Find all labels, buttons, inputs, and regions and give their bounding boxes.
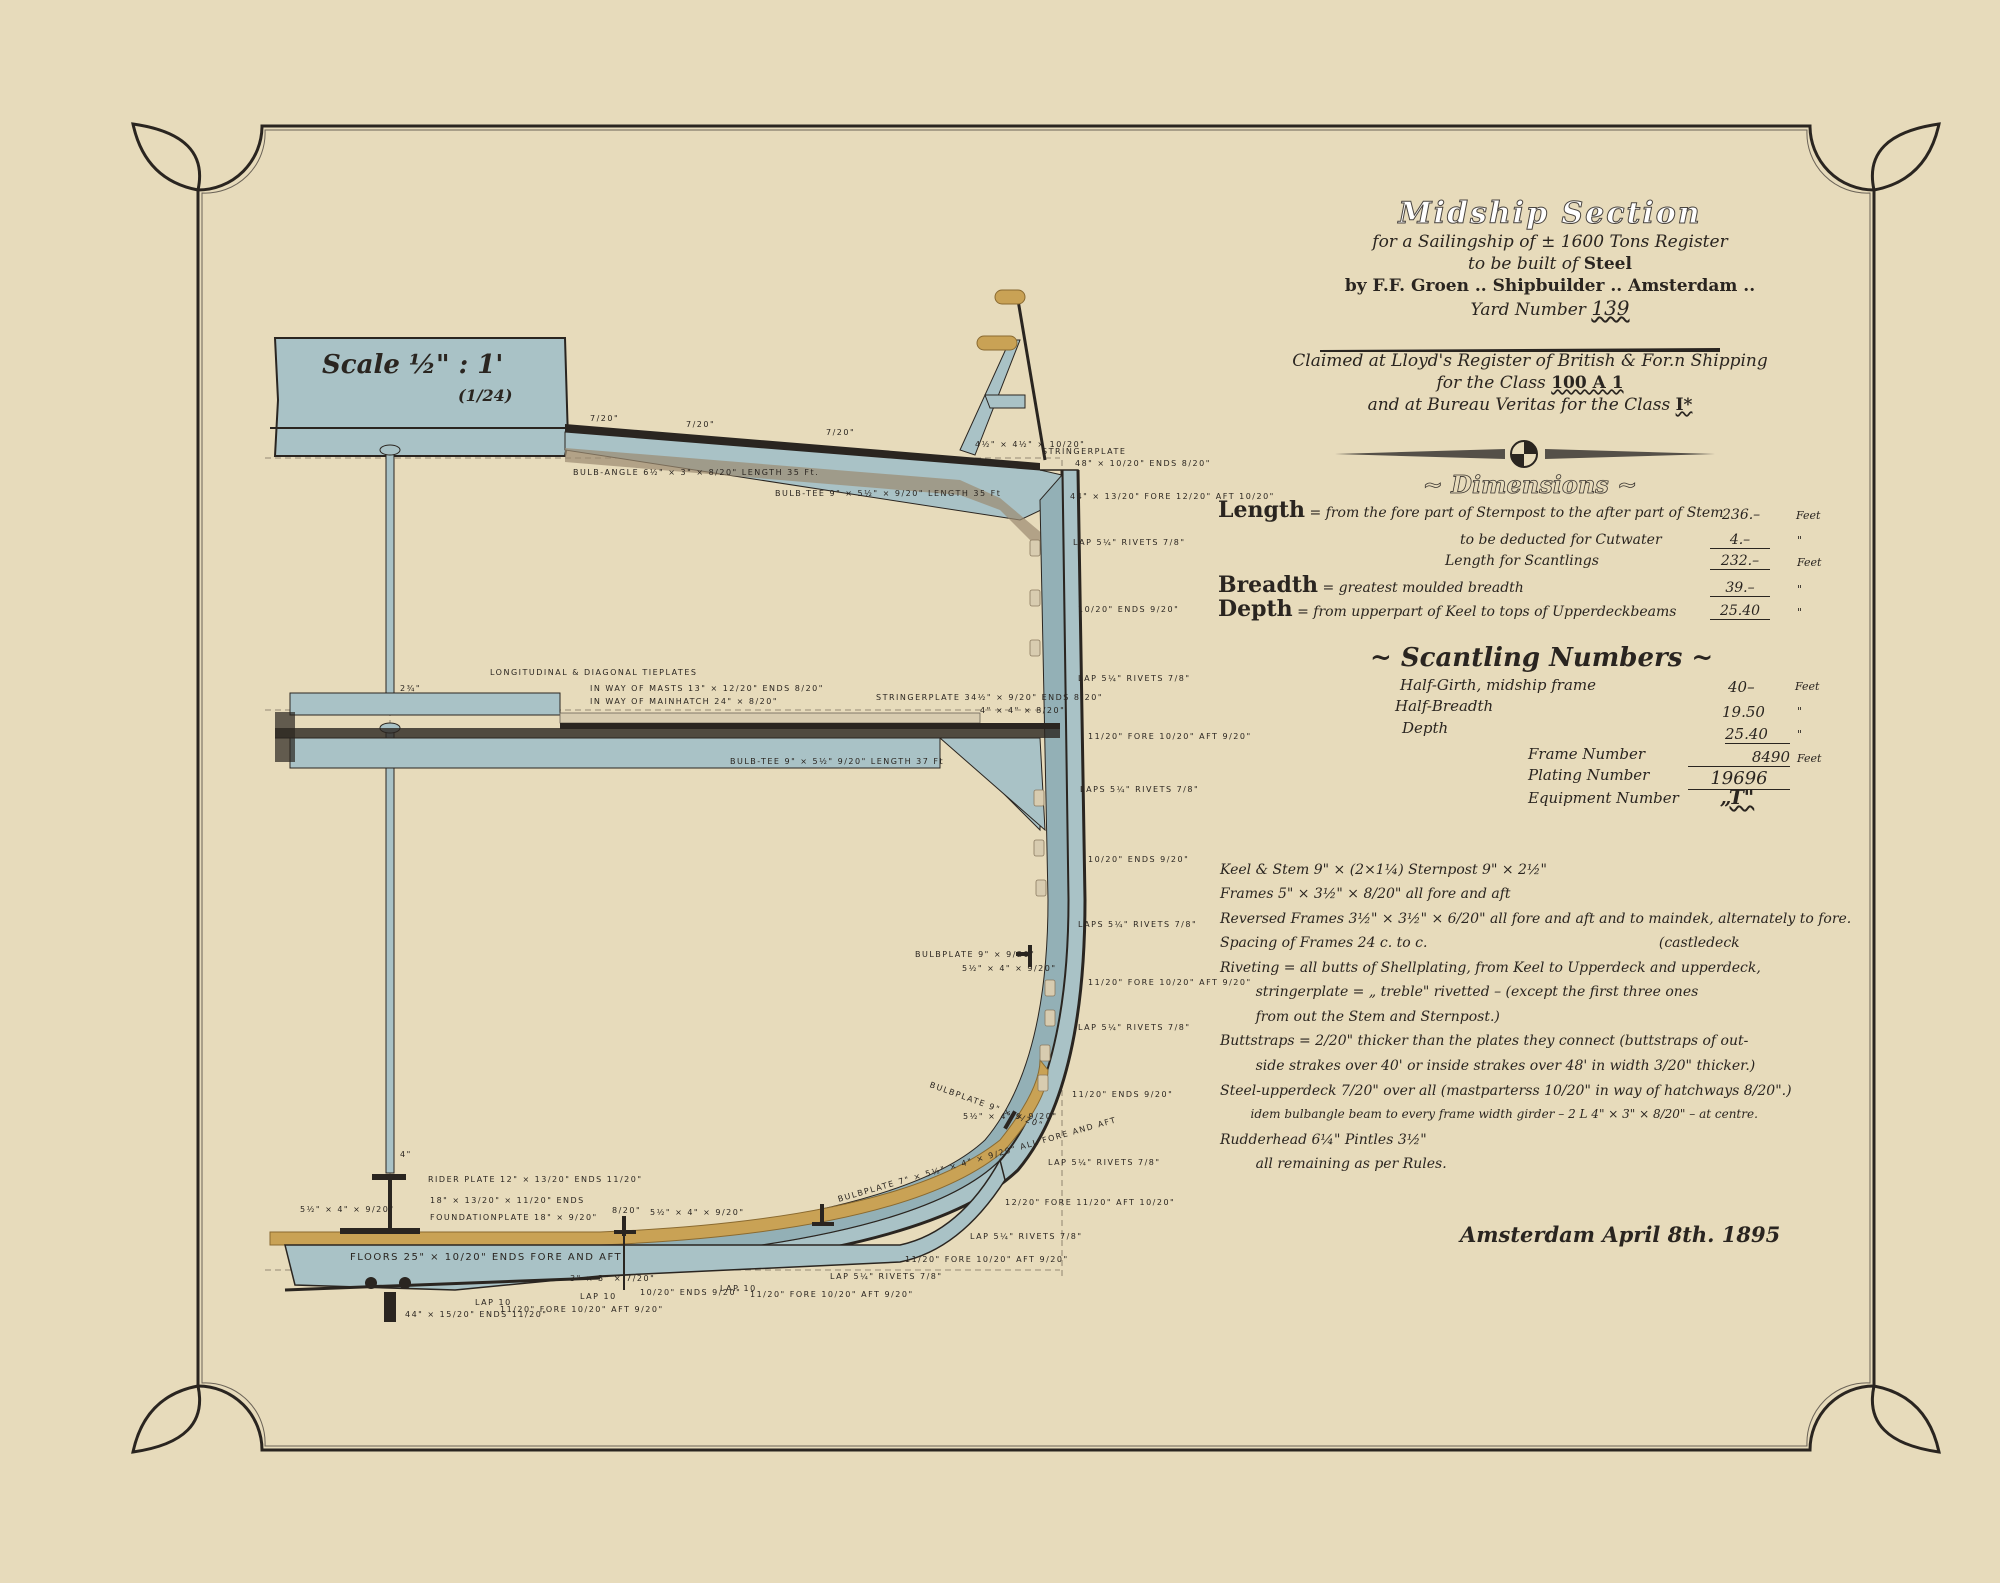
label-lap-5: LAP 5¼" RIVETS 7/8" xyxy=(1078,1023,1191,1032)
spec-line-buttstraps-2: side strakes over 40' or inside strakes … xyxy=(1220,1058,1755,1074)
label-tieplates-title: LONGITUDINAL & DIAGONAL TIEPLATES xyxy=(490,668,697,677)
dimensions-title: ~ Dimensions ~ xyxy=(1210,470,1850,499)
scantling-row-equipment-number: Equipment Number xyxy=(1528,789,1679,807)
spec-line-upperdeck-2: idem bulbangle beam to every frame width… xyxy=(1220,1107,1758,1121)
title-line-1: for a Sailingship of ± 1600 Tons Registe… xyxy=(1250,231,1850,253)
construction-lines xyxy=(265,440,1062,1290)
corner-leaf-top-left xyxy=(133,124,200,190)
lloyds-line: Claimed at Lloyd's Register of British &… xyxy=(1220,350,1840,372)
label-ends-1: 10/20" ENDS 9/20" xyxy=(1078,605,1179,614)
scale-ratio: (1/24) xyxy=(458,386,512,405)
label-foundation-plate: FOUNDATIONPLATE 18" × 9/20" xyxy=(430,1213,598,1222)
pillar-upper xyxy=(380,445,400,695)
scantling-row-half-girth: Half-Girth, midship frame xyxy=(1400,676,1596,694)
shell-plating xyxy=(600,470,1085,1276)
spec-line-spacing: Spacing of Frames 24 c. to c. (castledec… xyxy=(1220,935,1740,951)
dimension-value-breadth: 39.– xyxy=(1710,580,1770,597)
label-bulbplate-1: BULBPLATE 9" × 9/20" xyxy=(915,950,1035,959)
yard-number: 139 xyxy=(1591,296,1629,320)
spec-line-reversed-frames: Reversed Frames 3½" × 3½" × 6/20" all fo… xyxy=(1220,911,1851,927)
material: Steel xyxy=(1584,254,1632,274)
label-tieplate-masts: IN WAY OF MASTS 13" × 12/20" ENDS 8/20" xyxy=(590,684,824,693)
lloyds-class: 100 A 1 xyxy=(1551,373,1623,393)
spec-line-buttstraps: Buttstraps = 2/20" thicker than the plat… xyxy=(1220,1033,1748,1049)
top-rail xyxy=(977,336,1017,350)
label-lap-2: LAP 5¼" RIVETS 7/8" xyxy=(1078,674,1191,683)
spec-line-riveting: Riveting = all butts of Shellplating, fr… xyxy=(1220,960,1761,976)
spec-line-rudderhead: Rudderhead 6¼" Pintles 3½" xyxy=(1220,1132,1427,1148)
label-lap-1: LAP 5¼" RIVETS 7/8" xyxy=(1073,538,1186,547)
dimension-value-cutwater: 4.– xyxy=(1710,532,1770,549)
label-bulbplate-1-angle: 5½" × 4" × 9/20" xyxy=(962,964,1057,973)
label-deck-thickness-1: 7/20" xyxy=(590,414,619,423)
label-lap-10b: LAP 10 xyxy=(580,1292,617,1301)
dimension-row-length: Length = from the fore part of Sternpost… xyxy=(1218,497,1723,523)
keel xyxy=(384,1292,396,1322)
centre-keelson xyxy=(340,1174,420,1234)
label-ends-3: 11/20" ENDS 9/20" xyxy=(1072,1090,1173,1099)
corner-leaf-bottom-left xyxy=(133,1386,200,1452)
dimension-row-depth: Depth = from upperpart of Keel to tops o… xyxy=(1218,596,1676,622)
scantling-row-plating-number: Plating Number xyxy=(1528,766,1649,784)
label-bulb-tee-upper: BULB-TEE 9" × 5½" × 9/20" LENGTH 35 Ft xyxy=(775,489,1001,498)
label-rider-plate: RIDER PLATE 12" × 13/20" ENDS 11/20" xyxy=(428,1175,643,1184)
classification-block: Claimed at Lloyd's Register of British &… xyxy=(1220,350,1840,416)
label-stringerplate-main: STRINGERPLATE 34½" × 9/20" ENDS 8/20" xyxy=(876,693,1103,702)
spec-line-upperdeck: Steel-upperdeck 7/20" over all (mastpart… xyxy=(1220,1083,1792,1099)
label-lap-7: LAP 5¼" RIVETS 7/8" xyxy=(970,1232,1083,1241)
label-keelson-angles: 5½" × 4" × 9/20" xyxy=(300,1205,395,1214)
title-line-2: to be built of Steel xyxy=(1250,253,1850,275)
pillar-lower xyxy=(380,723,400,1173)
label-laps-3: LAPS 5¼" RIVETS 7/8" xyxy=(1080,785,1199,794)
label-bilge-fore: 11/20" FORE 10/20" AFT 9/20" xyxy=(905,1255,1069,1264)
label-pillar-lower: 4" xyxy=(400,1150,412,1159)
spec-line-rules: all remaining as per Rules. xyxy=(1220,1156,1447,1172)
dimension-row-scantling-length: Length for Scantlings xyxy=(1445,553,1599,569)
label-tieplate-hatch: IN WAY OF MAINHATCH 24" × 8/20" xyxy=(590,697,778,706)
label-stringerplate-upper-dims: 48" × 10/20" ENDS 8/20" xyxy=(1075,459,1211,468)
corner-leaf-top-right xyxy=(1872,124,1939,190)
scale-label: Scale ½" : 1' xyxy=(322,350,503,380)
corner-leaf-bottom-right xyxy=(1872,1386,1939,1452)
label-floor-angle: 3" × 3" × 7/20" xyxy=(570,1274,655,1283)
scantling-row-half-breadth: Half-Breadth xyxy=(1395,697,1493,715)
main-deck-bracket xyxy=(940,738,1045,830)
label-floors: FLOORS 25" × 10/20" ENDS FORE AND AFT xyxy=(350,1252,622,1263)
label-stringerplate-upper: STRINGERPLATE xyxy=(1042,447,1126,456)
scantling-numbers-title: ~ Scantling Numbers ~ xyxy=(1370,643,1713,673)
label-deck-thickness-3: 7/20" xyxy=(826,428,855,437)
dimension-value-scantling-length: 232.– xyxy=(1710,553,1770,570)
label-keelson-plate: 18" × 13/20" × 11/20" ENDS xyxy=(430,1196,585,1205)
label-strake-main: 11/20" FORE 10/20" AFT 9/20" xyxy=(1088,732,1252,741)
label-laps-4: LAPS 5¼" RIVETS 7/8" xyxy=(1078,920,1197,929)
scantling-row-frame-number: Frame Number xyxy=(1528,745,1645,763)
veritas-line: and at Bureau Veritas for the Class I* xyxy=(1220,394,1840,416)
dimension-row-breadth: Breadth = greatest moulded breadth xyxy=(1218,572,1524,598)
lloyds-class-line: for the Class 100 A 1 xyxy=(1220,372,1840,394)
label-lap-6: LAP 5¼" RIVETS 7/8" xyxy=(1048,1158,1161,1167)
yard-number-line: Yard Number 139 xyxy=(1250,297,1850,321)
label-stringer-angle-main: 4" × 4" × 8/20" xyxy=(980,706,1065,715)
label-pillar-upper: 2¾" xyxy=(400,684,421,693)
label-deck-thickness-2: 7/20" xyxy=(686,420,715,429)
label-side-keelson-top: 8/20" xyxy=(612,1206,641,1215)
spec-line-riveting-3: from out the Stem and Sternpost.) xyxy=(1220,1009,1500,1025)
dimension-value-depth: 25.40 xyxy=(1710,603,1770,620)
scantling-row-depth: Depth xyxy=(1402,719,1448,737)
spec-line-keel: Keel & Stem 9" × (2×1¼) Sternpost 9" × 2… xyxy=(1220,862,1547,878)
label-bulb-angle: BULB-ANGLE 6½" × 3" × 8/20" LENGTH 35 Ft… xyxy=(573,468,819,477)
label-bottom-fore: 11/20" FORE 10/20" AFT 9/20" xyxy=(750,1290,914,1299)
label-bilge-strake: 12/20" FORE 11/20" AFT 10/20" xyxy=(1005,1198,1175,1207)
label-side-keelson-angle: 5½" × 4" × 9/20" xyxy=(650,1208,745,1217)
wood-deck-planking xyxy=(560,713,980,723)
spec-line-riveting-2: stringerplate = „ treble" rivetted – (ex… xyxy=(1220,984,1698,1000)
monkey-rail xyxy=(995,290,1025,304)
title-line-3: by F.F. Groen .. Shipbuilder .. Amsterda… xyxy=(1250,275,1850,297)
dimension-value-length: 236.– xyxy=(1722,507,1760,523)
label-bulbplate-2-angle: 5½" × 4" × 9/20" xyxy=(963,1112,1058,1121)
label-ends-2: 10/20" ENDS 9/20" xyxy=(1088,855,1189,864)
spec-line-frames: Frames 5" × 3½" × 8/20" all fore and aft xyxy=(1220,886,1511,902)
drawing-title: Midship Section xyxy=(1250,196,1850,231)
place-and-date: Amsterdam April 8th. 1895 xyxy=(1460,1222,1780,1247)
dimension-row-cutwater: to be deducted for Cutwater xyxy=(1460,532,1662,548)
label-bulb-tee-main: BULB-TEE 9" × 5½" 9/20" LENGTH 37 Ft xyxy=(730,757,944,766)
veritas-class: I* xyxy=(1676,395,1693,415)
bulwark-stanchion xyxy=(960,290,1045,460)
title-block: Midship Section for a Sailingship of ± 1… xyxy=(1250,196,1850,321)
label-garboard-fore: 11/20" FORE 10/20" AFT 9/20" xyxy=(500,1305,664,1314)
label-lap-8: LAP 5¼" RIVETS 7/8" xyxy=(830,1272,943,1281)
